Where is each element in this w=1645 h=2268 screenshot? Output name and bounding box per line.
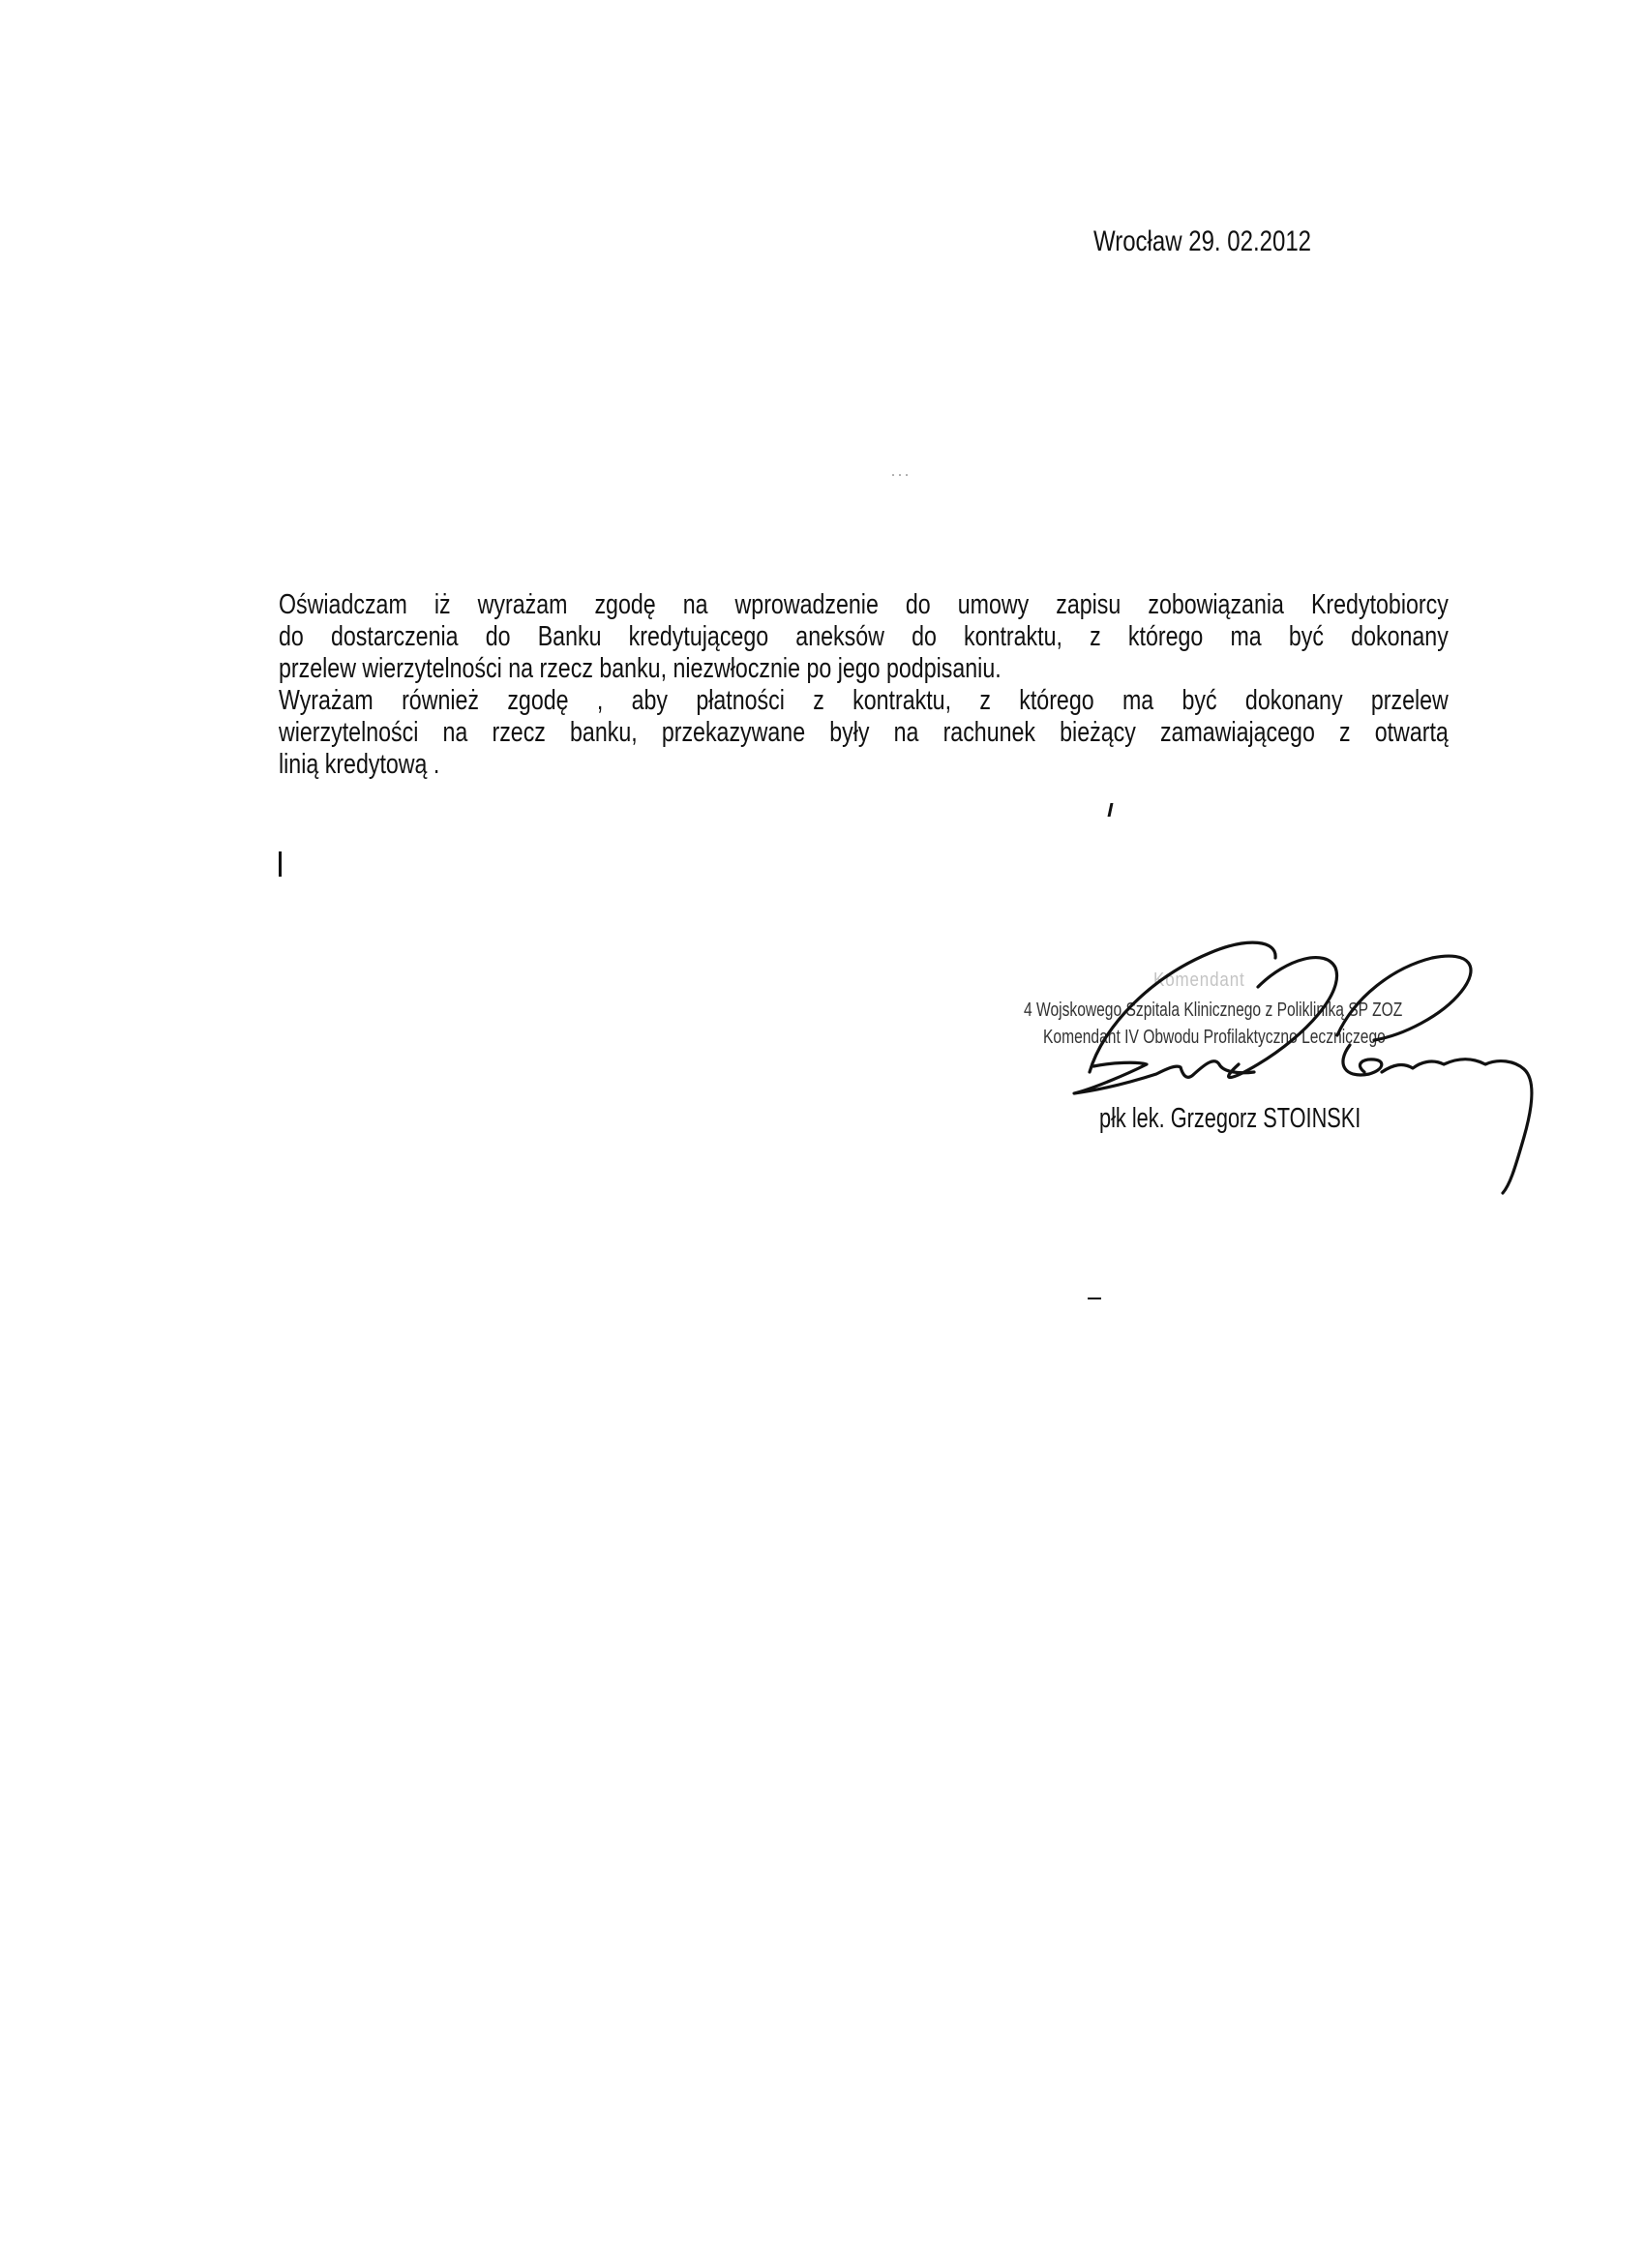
signature-icon — [0, 0, 1645, 2268]
signatory-name: płk lek. Grzegorz STOINSKI — [1099, 1103, 1361, 1135]
stray-mark — [1108, 803, 1114, 817]
scan-speck — [906, 474, 908, 476]
paragraph-line: linią kredytową . — [279, 749, 439, 781]
paragraph-line: Oświadczam iż wyrażam zgodę na wprowadze… — [279, 589, 1449, 621]
stamp-title: Komendant — [1153, 970, 1245, 992]
paragraph-line: Wyrażam również zgodę , aby płatności z … — [279, 685, 1449, 717]
stamp-institution: 4 Wojskowego Szpitala Klinicznego z Poli… — [1024, 1000, 1402, 1022]
scan-speck — [892, 474, 894, 476]
paragraph-line: wierzytelności na rzecz banku, przekazyw… — [279, 717, 1449, 749]
paragraph-line: przelew wierzytelności na rzecz banku, n… — [279, 653, 1002, 685]
place-and-date: Wrocław 29. 02.2012 — [1093, 225, 1311, 258]
stamp-position: Komendant IV Obwodu Profilaktyczno Leczn… — [1043, 1027, 1386, 1049]
stray-mark — [279, 851, 282, 877]
stray-mark — [1088, 1298, 1101, 1299]
paragraph-line: do dostarczenia do Banku kredytującego a… — [279, 621, 1449, 653]
document-page: Wrocław 29. 02.2012 Oświadczam iż wyraża… — [0, 0, 1645, 2268]
scan-speck — [899, 474, 901, 476]
